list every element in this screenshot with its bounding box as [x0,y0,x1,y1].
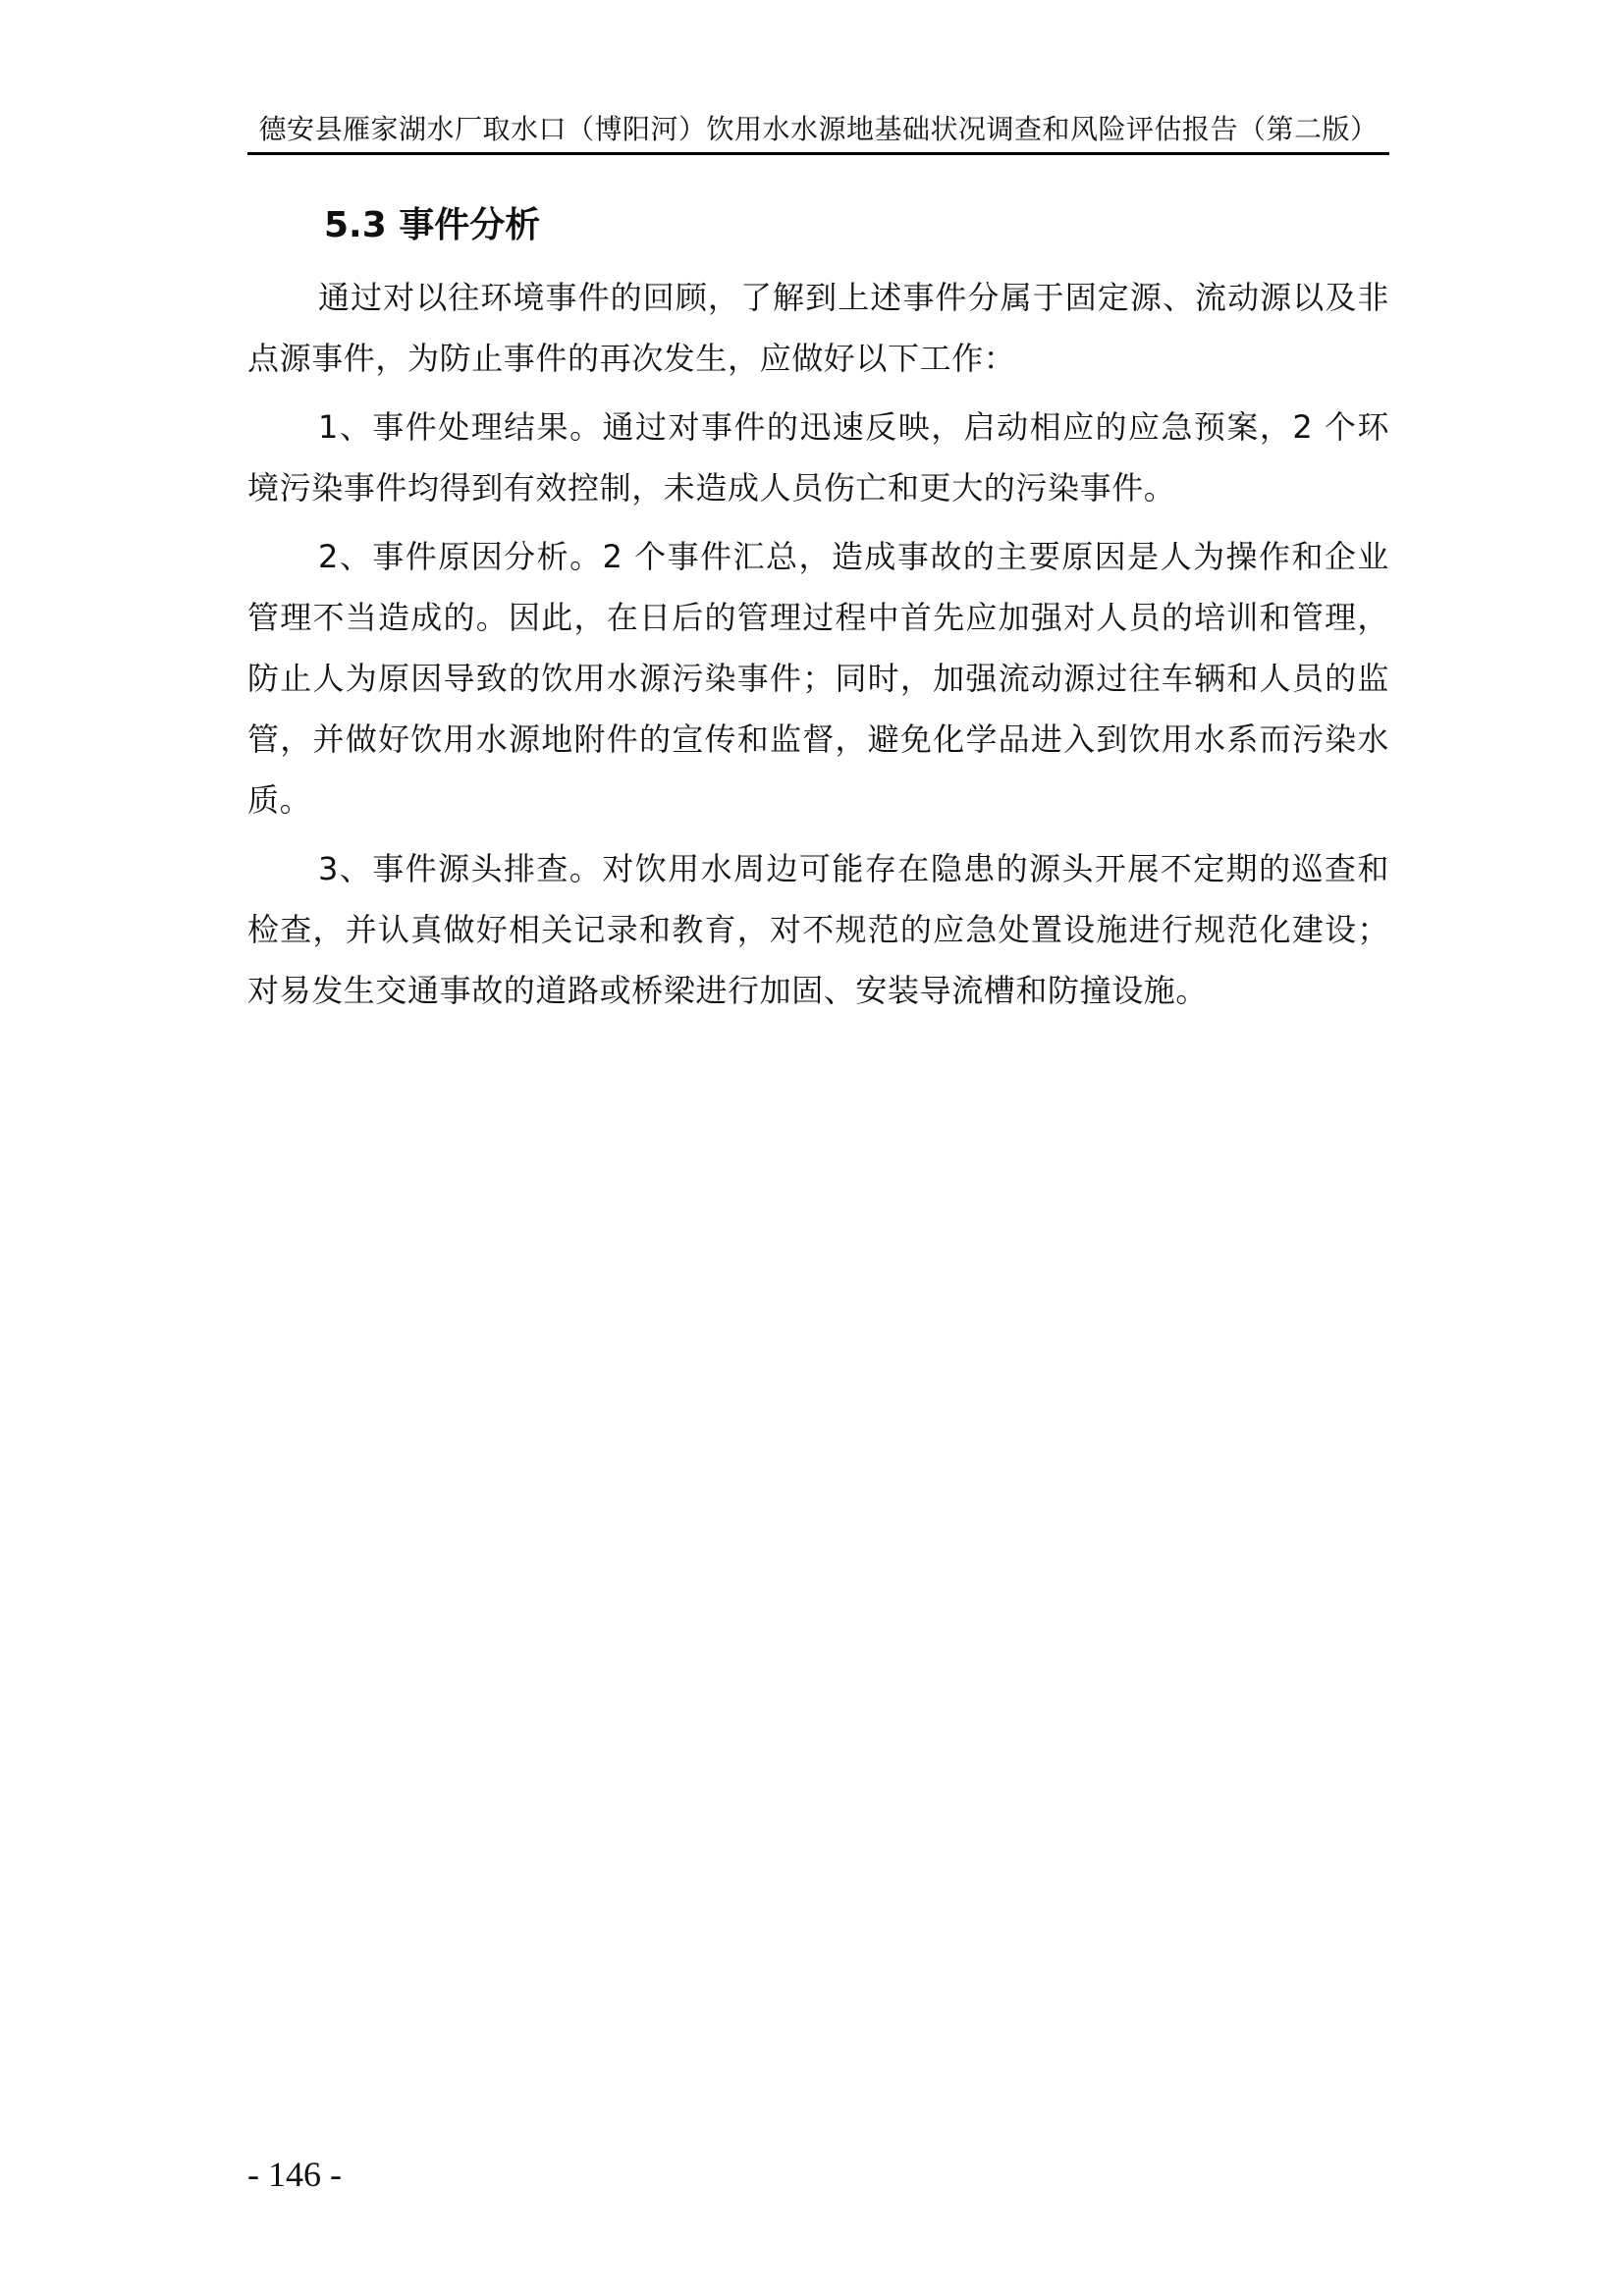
paragraph-source-inspection: 3、事件源头排查。对饮用水周边可能存在隐患的源头开展不定期的巡查和检查，并认真做… [247,838,1389,1021]
page-number: - 146 - [247,2150,342,2199]
intro-paragraph: 通过对以往环境事件的回顾，了解到上述事件分属于固定源、流动源以及非点源事件，为防… [247,267,1389,389]
paragraph-event-result: 1、事件处理结果。通过对事件的迅速反映，启动相应的应急预案，2 个环境污染事件均… [247,397,1389,518]
section-heading: 5.3 事件分析 [324,201,540,250]
paragraph-cause-analysis: 2、事件原因分析。2 个事件汇总，造成事故的主要原因是人为操作和企业管理不当造成… [247,526,1389,830]
header-divider [247,152,1389,155]
running-header: 德安县雁家湖水厂取水口（博阳河）饮用水水源地基础状况调查和风险评估报告（第二版） [247,110,1389,149]
document-body: 通过对以往环境事件的回顾，了解到上述事件分属于固定源、流动源以及非点源事件，为防… [247,267,1389,1029]
